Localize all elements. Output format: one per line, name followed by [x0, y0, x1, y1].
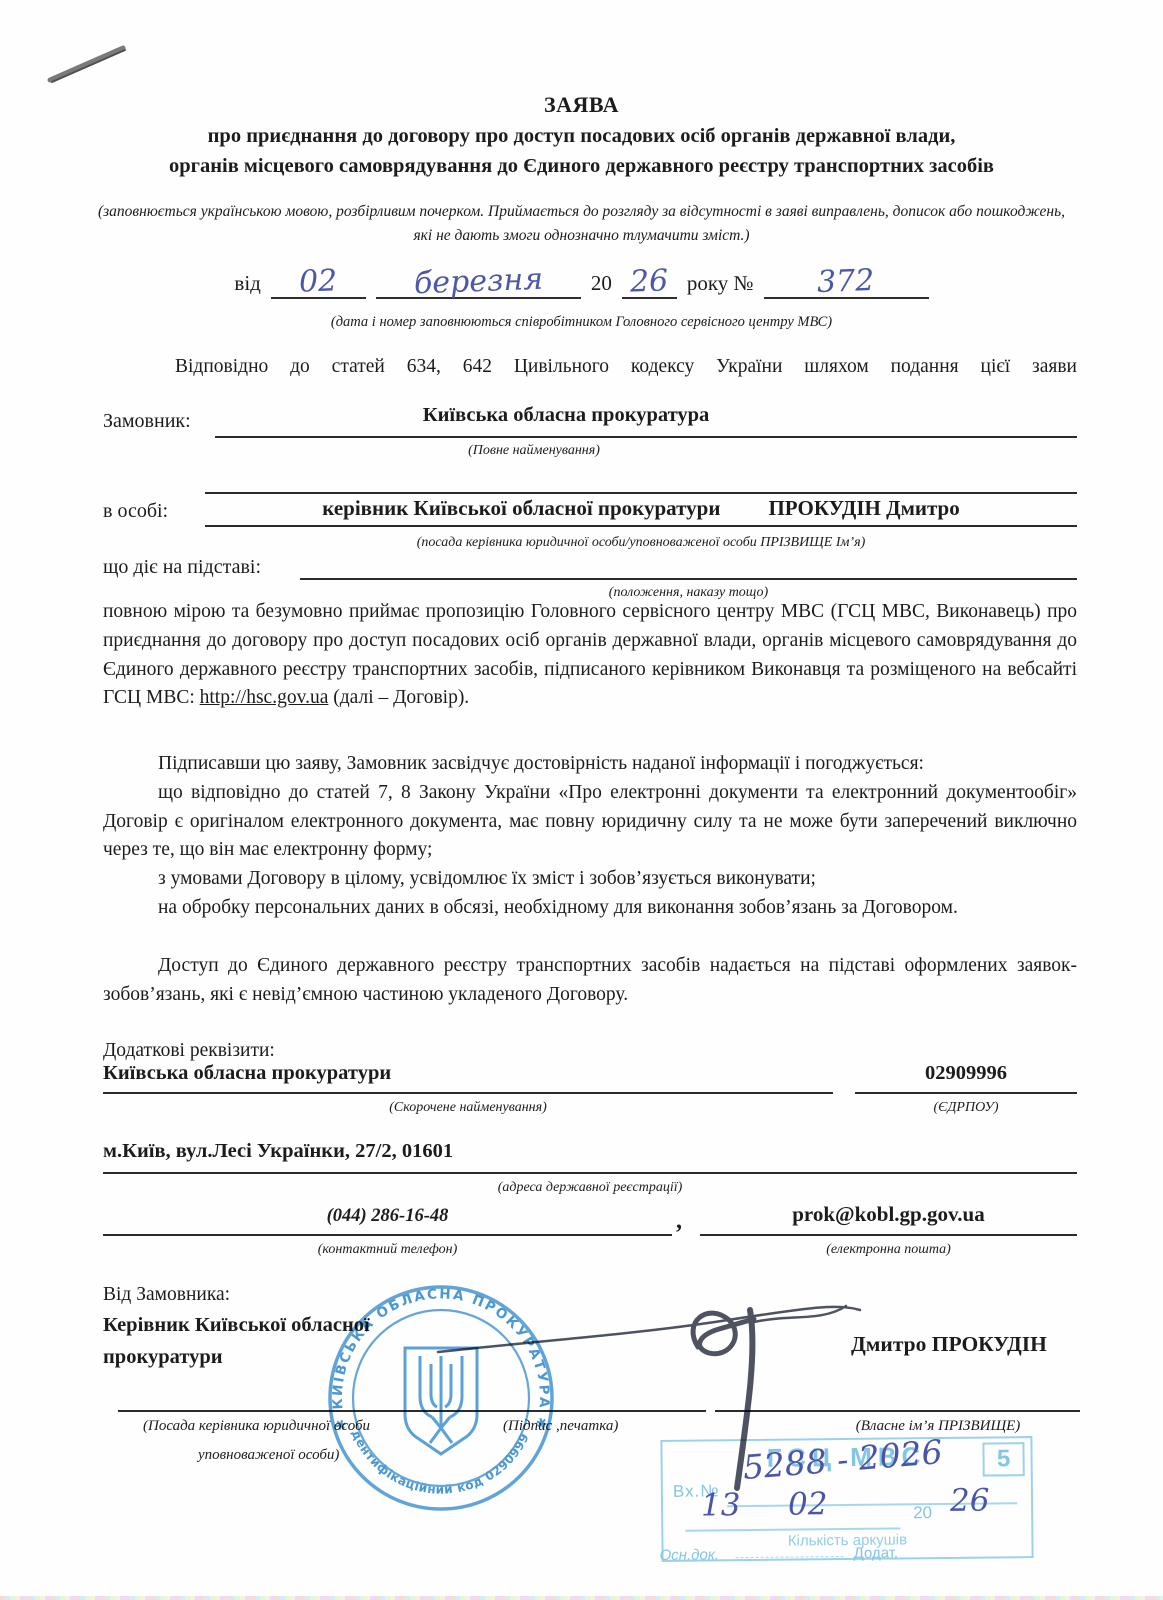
page-title: ЗАЯВА [0, 92, 1163, 118]
intake-bottom-rule [736, 1556, 844, 1558]
short-name-caption: (Скорочене найменування) [103, 1100, 833, 1116]
intake-main-doc-label: Осн.док. [659, 1546, 719, 1564]
date-number-line: від 02 березня 20 26 року № 372 [0, 264, 1163, 299]
pen-scratch-mark [38, 36, 138, 96]
date-day-field: 02 [271, 264, 366, 299]
acceptance-paragraph: повною мірою та безумовно приймає пропоз… [103, 598, 1077, 713]
commitments-block: Підписавши цю заяву, Замовник засвідчує … [103, 750, 1077, 923]
customer-label: Замовник: [103, 410, 191, 433]
title-subtitle-line1: про приєднання до договору про доступ по… [0, 125, 1163, 148]
customer-caption: (Повне найменування) [103, 443, 965, 459]
intake-year-century: 20 [913, 1503, 932, 1523]
paragraph-contract-terms: з умовами Договору в цілому, усвідомлює … [103, 865, 1077, 894]
phone-email-separator: , [676, 1208, 682, 1235]
edrpou-value: 02909996 [925, 1062, 1007, 1084]
date-month-field: березня [376, 264, 581, 299]
year-century-printed: 20 [591, 271, 612, 299]
acting-basis-field [300, 552, 1077, 580]
paragraph-electronic-documents-law: що відповідно до статей 7, 8 Закону Укра… [103, 779, 1077, 865]
edrpou-caption: (ЄДРПОУ) [855, 1100, 1077, 1116]
signing-block: Від Замовника: Керівник Київської обласн… [103, 1282, 1103, 1594]
acceptance-text-tail: (далі – Договір). [328, 687, 469, 708]
email-field: prok@kobl.gp.gov.ua [700, 1198, 1077, 1236]
address-field: м.Київ, вул.Лесі Українки, 27/2, 01601 [103, 1140, 1077, 1174]
document-title-block: ЗАЯВА про приєднання до договору про дос… [0, 92, 1163, 178]
acting-basis-label: що діє на підставі: [103, 556, 261, 579]
signer-position-line2: прокуратури [103, 1346, 223, 1369]
paragraph-register-access: Доступ до Єдиного державного реєстру тра… [103, 952, 1077, 1010]
representative-name-value: ПРОКУДІН Дмитро [768, 496, 959, 521]
email-value: prok@kobl.gp.gov.ua [792, 1202, 984, 1226]
short-name-field: Київська обласна прокуратури [103, 1062, 833, 1094]
represented-by-label: в особі: [103, 500, 168, 523]
address-value: м.Київ, вул.Лесі Українки, 27/2, 01601 [103, 1140, 453, 1162]
address-caption: (адреса державної реєстрації) [103, 1180, 1077, 1196]
paragraph-personal-data: на обробку персональних даних в обсязі, … [103, 894, 1077, 923]
scan-artifact-strip [0, 1596, 1163, 1600]
year-number-label: року № [687, 271, 754, 299]
phone-caption: (контактний телефон) [103, 1242, 672, 1258]
note-line2: які не дають змоги однозначно тлумачити … [55, 224, 1108, 248]
date-line-caption: (дата і номер заповнюються співробітнико… [0, 314, 1163, 331]
intake-sheet-count-box: 5 [982, 1442, 1024, 1476]
customer-name-field: Київська обласна прокуратура [215, 404, 1077, 438]
edrpou-field: 02909996 [855, 1062, 1077, 1094]
handwritten-month: березня [413, 262, 543, 301]
handwritten-intake-year: 26 [950, 1483, 990, 1519]
representative-position-value: керівник Київської обласної прокуратури [322, 496, 720, 521]
email-caption: (електронна пошта) [700, 1242, 1077, 1258]
hsc-website-link: http://hsc.gov.ua [200, 687, 329, 708]
paragraph-signed-confirmation: Підписавши цю заяву, Замовник засвідчує … [103, 750, 1077, 779]
scanned-application-document: ЗАЯВА про приєднання до договору про дос… [0, 0, 1163, 1600]
date-year-field: 26 [622, 264, 677, 299]
handwritten-signature [398, 1290, 898, 1505]
filling-instructions-note: (заповнюється українською мовою, розбірл… [55, 200, 1108, 248]
phone-value: (044) 286-16-48 [327, 1206, 449, 1226]
from-customer-label: Від Замовника: [103, 1284, 230, 1306]
access-paragraph-block: Доступ до Єдиного державного реєстру тра… [103, 952, 1077, 1010]
title-subtitle-line2: органів місцевого самоврядування до Єдин… [0, 155, 1163, 178]
handwritten-number: 372 [817, 263, 875, 300]
handwritten-year: 26 [630, 263, 669, 299]
representative-caption: (посада керівника юридичної особи/уповно… [205, 535, 1077, 551]
handwritten-day: 02 [299, 263, 338, 299]
intake-attachment-label: Додат. [853, 1544, 898, 1561]
note-line1: (заповнюється українською мовою, розбірл… [55, 200, 1108, 224]
representative-field: керівник Київської обласної прокуратури … [205, 492, 1077, 527]
customer-name-value: Київська обласна прокуратура [423, 404, 710, 426]
short-name-value: Київська обласна прокуратури [103, 1062, 391, 1084]
intro-paragraph: Відповідно до статей 634, 642 Цивільного… [103, 356, 1077, 378]
position-caption-line2: уповноваженої особи) [198, 1447, 339, 1464]
phone-field: (044) 286-16-48 [103, 1198, 672, 1236]
date-prefix-label: від [234, 271, 260, 299]
additional-requisites-heading: Додаткові реквізити: [103, 1040, 275, 1062]
registration-number-field: 372 [764, 264, 929, 299]
